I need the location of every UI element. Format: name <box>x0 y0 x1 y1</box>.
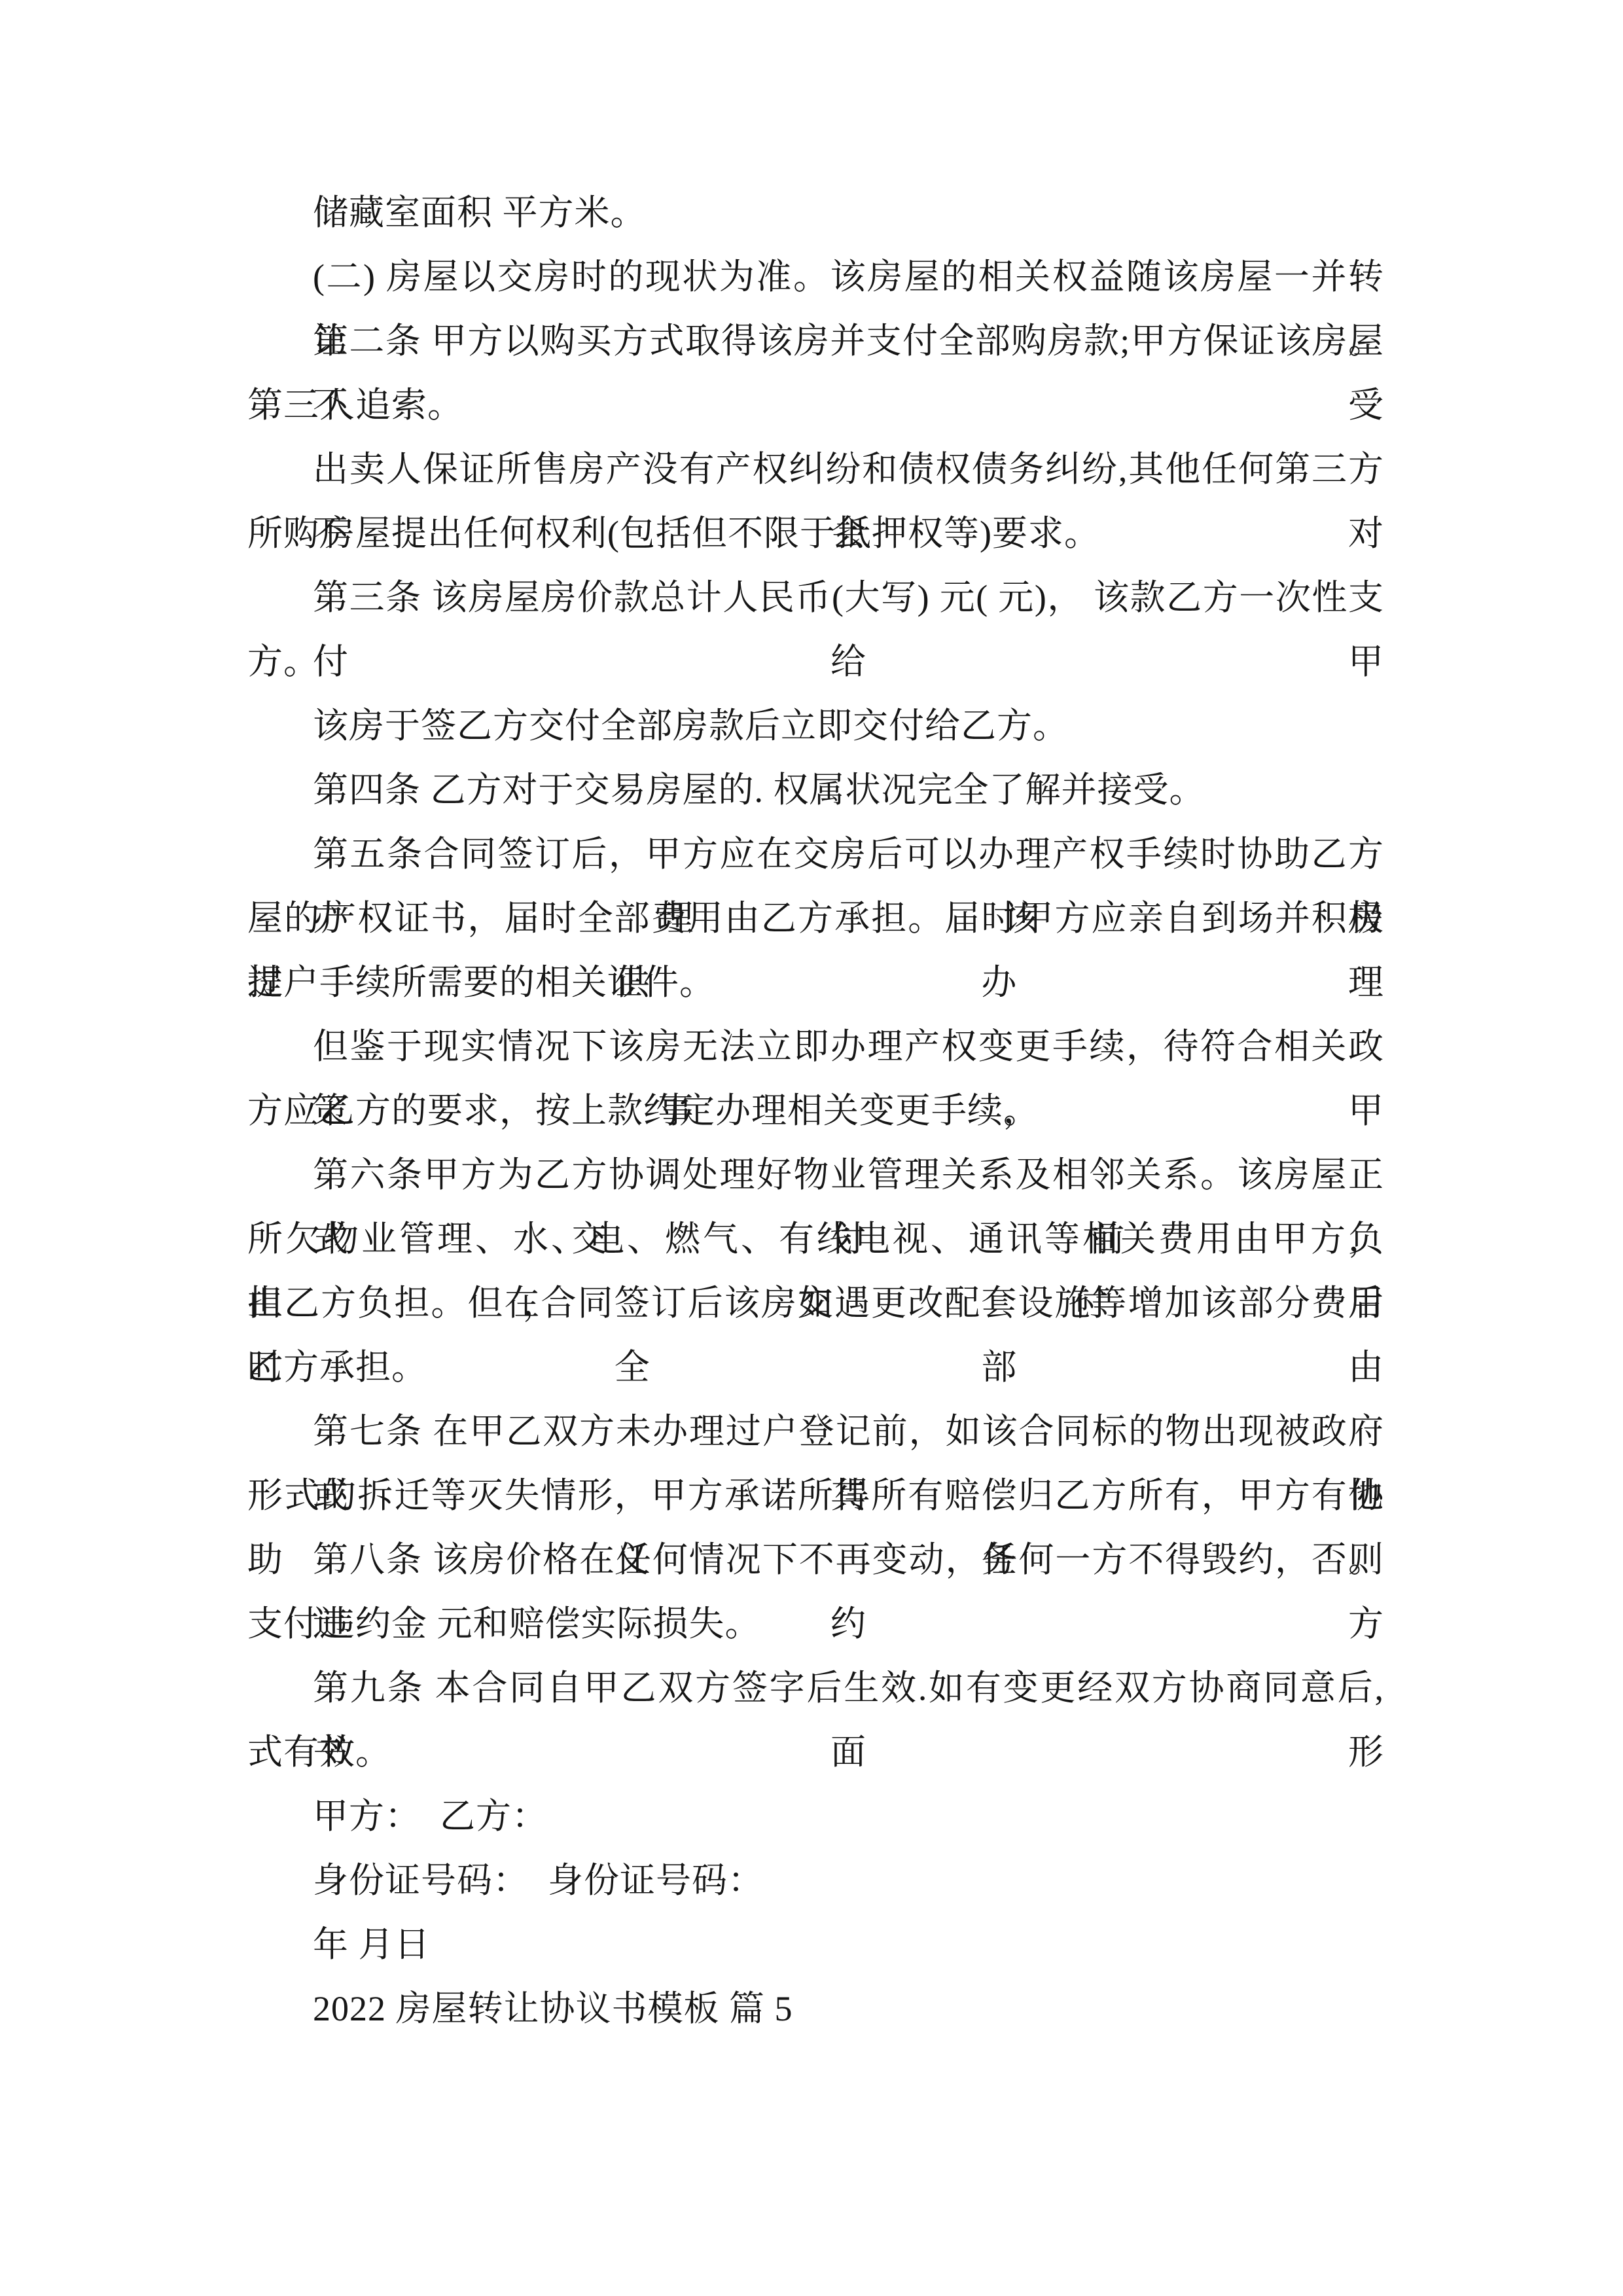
text-line: 年 月日 <box>247 1912 1384 1977</box>
text-line: 该房于签乙方交付全部房款后立即交付给乙方。 <box>247 694 1384 758</box>
text-line: 出卖人保证所售房产没有产权纠纷和债权债务纠纷,其他任何第三方不会对 <box>247 437 1384 501</box>
text-line: 但鉴于现实情况下该房无法立即办理产权变更手续，待符合相关政策事，甲 <box>247 1014 1384 1079</box>
text-line: 储藏室面积 平方米。 <box>247 181 1384 245</box>
text-line: 第七条 在甲乙双方未办理过户登记前，如该合同标的物出现被政府或其他 <box>247 1399 1384 1463</box>
document-page: 储藏室面积 平方米。 (二) 房屋以交房时的现状为准。该房屋的相关权益随该房屋一… <box>0 0 1623 2296</box>
contract-text-body: 储藏室面积 平方米。 (二) 房屋以交房时的现状为准。该房屋的相关权益随该房屋一… <box>247 181 1384 2041</box>
text-line: 第八条 该房价格在任何情况下不再变动，任何一方不得毁约，否则违约方 <box>247 1528 1384 1592</box>
text-line: 第九条 本合同自甲乙双方签字后生效.如有变更经双方协商同意后,书面形 <box>247 1656 1384 1720</box>
text-line: 屋的产权证书，届时全部费用由乙方承担。届时甲方应亲自到场并积极提供办理 <box>247 886 1384 950</box>
text-line: 甲方： 乙方： <box>247 1784 1384 1848</box>
text-line: 身份证号码： 身份证号码： <box>247 1848 1384 1912</box>
text-line: 第二条 甲方以购买方式取得该房并支付全部购房款;甲方保证该房屋不受 <box>247 309 1384 373</box>
text-line: (二) 房屋以交房时的现状为准。该房屋的相关权益随该房屋一并转让。 <box>247 245 1384 309</box>
text-line: 所欠物业管理、水、电、燃气、有线电视、通讯等相关费用由甲方负担，交付后 <box>247 1207 1384 1271</box>
text-line: 第六条甲方为乙方协调处理好物业管理关系及相邻关系。该房屋正式交付前， <box>247 1143 1384 1207</box>
text-line: 第三条 该房屋房价款总计人民币(大写) 元( 元)， 该款乙方一次性支付给甲 <box>247 565 1384 630</box>
text-line: 由乙方负担。但在合同签订后该房如遇更改配套设施等增加该部分费用时全部由 <box>247 1271 1384 1335</box>
text-line: 第四条 乙方对于交易房屋的. 权属状况完全了解并接受。 <box>247 758 1384 822</box>
text-line: 2022 房屋转让协议书模板 篇 5 <box>247 1977 1384 2041</box>
text-line: 形式的拆迁等灭失情形，甲方承诺所得所有赔偿归乙方所有，甲方有协助义务。 <box>247 1463 1384 1528</box>
text-line: 第五条合同签订后，甲方应在交房后可以办理产权手续时协助乙方办理该房 <box>247 822 1384 886</box>
